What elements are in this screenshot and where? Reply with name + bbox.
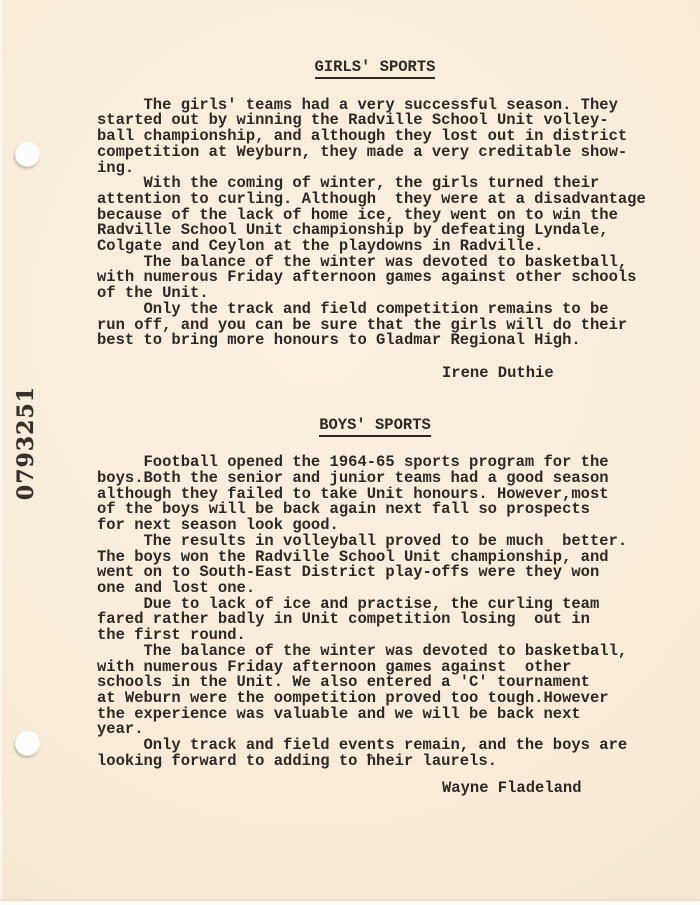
- scan-edge-left: [0, 0, 2, 905]
- boys-author-signature: Wayne Fladeland: [442, 781, 653, 797]
- boys-paragraph-2: The results in volleyball proved to be m…: [97, 534, 653, 597]
- boys-paragraph-5: Only track and field events remain, and …: [97, 738, 653, 769]
- punch-hole-top: [15, 142, 40, 167]
- boys-sports-title-text: BOYS' SPORTS: [319, 416, 431, 437]
- serial-number-text: 0793251: [13, 386, 39, 500]
- boys-paragraph-1: Football opened the 1964-65 sports progr…: [97, 455, 653, 534]
- girls-paragraph-2: With the coming of winter, the girls tur…: [97, 176, 653, 255]
- boys-paragraph-3: Due to lack of ice and practise, the cur…: [97, 597, 653, 644]
- section-boys-sports: BOYS' SPORTS Football opened the 1964-65…: [97, 418, 653, 797]
- girls-sports-title: GIRLS' SPORTS: [97, 60, 653, 76]
- scanned-document-page: 0793251 GIRLS' SPORTS The girls' teams h…: [0, 0, 700, 905]
- boys-paragraph-4: The balance of the winter was devoted to…: [97, 644, 653, 738]
- girls-paragraph-3: The balance of the winter was devoted to…: [97, 255, 653, 302]
- section-girls-sports: GIRLS' SPORTS The girls' teams had a ver…: [97, 60, 653, 382]
- page-body: GIRLS' SPORTS The girls' teams had a ver…: [97, 60, 653, 797]
- girls-author-signature: Irene Duthie: [442, 366, 653, 382]
- boys-sports-title: BOYS' SPORTS: [97, 418, 653, 434]
- punch-hole-bottom: [15, 731, 40, 756]
- girls-paragraph-4: Only the track and field competition rem…: [97, 302, 653, 349]
- serial-number-stamp: 0793251: [8, 388, 44, 498]
- scan-edge-bottom: [0, 901, 700, 905]
- girls-paragraph-1: The girls' teams had a very successful s…: [97, 98, 653, 177]
- girls-sports-title-text: GIRLS' SPORTS: [315, 58, 436, 79]
